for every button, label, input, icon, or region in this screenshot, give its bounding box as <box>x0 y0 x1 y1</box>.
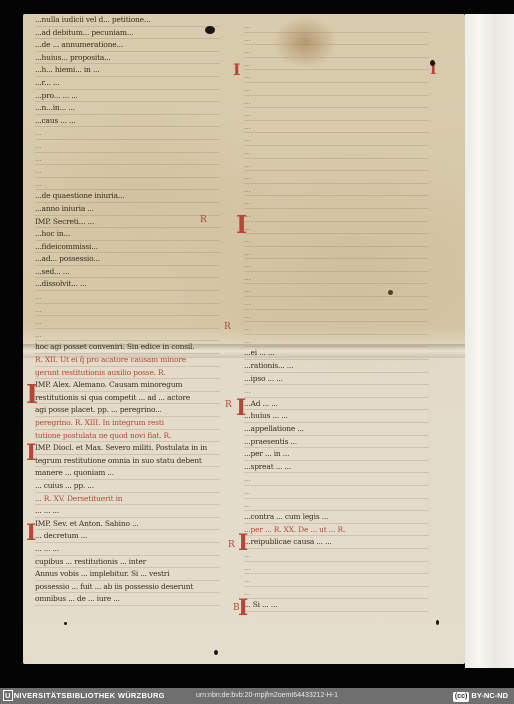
manuscript-line: ... <box>244 159 429 172</box>
manuscript-line: ...ad... possessio... <box>35 253 220 266</box>
text-column-right: ........................................… <box>244 20 429 612</box>
manuscript-line: ... <box>244 20 429 33</box>
manuscript-line: ...ipso ... ... <box>244 373 429 386</box>
manuscript-line: ... <box>244 335 429 348</box>
manuscript-line: ...praesentis ... <box>244 436 429 449</box>
rubric-initial: I <box>236 395 246 421</box>
manuscript-line: ... <box>244 234 429 247</box>
manuscript-line: ... R. XV. Dersetituerit in <box>35 493 220 506</box>
manuscript-line: ...per ... in ... <box>244 448 429 461</box>
ink-blot <box>388 290 393 295</box>
license-label: BY-NC-ND <box>471 691 508 700</box>
manuscript-line: ... <box>244 562 429 575</box>
manuscript-line: ... <box>35 178 220 191</box>
manuscript-line: ...pro... ... ... <box>35 90 220 103</box>
manuscript-line: IMP. Diocl. et Max. Severo militi. Postu… <box>35 442 220 455</box>
manuscript-line: ... <box>244 385 429 398</box>
manuscript-line: ... <box>35 140 220 153</box>
manuscript-line: ... <box>244 284 429 297</box>
manuscript-line: ...ad debitum... pecuniam... <box>35 27 220 40</box>
manuscript-line: ...Ad ... ... <box>244 398 429 411</box>
cc-icon: (cc) <box>453 692 469 702</box>
ink-blot <box>64 622 67 625</box>
ink-blot <box>436 620 439 625</box>
rubric-mark: R <box>228 540 235 550</box>
rubric-initial: I <box>26 520 36 546</box>
manuscript-line: ... <box>244 133 429 146</box>
manuscript-line: tegrum restitutione omnia in suo statu d… <box>35 455 220 468</box>
next-page-edge <box>465 14 514 668</box>
manuscript-line: ... <box>244 108 429 121</box>
manuscript-line: ... <box>244 171 429 184</box>
manuscript-line: ...reipublicae causa ... ... <box>244 536 429 549</box>
manuscript-line: Annus vobis ... implebitur. Si ... vestr… <box>35 568 220 581</box>
manuscript-line: R. XII. Ut ei q̄ pro acatore causam mino… <box>35 354 220 367</box>
manuscript-line: ... <box>244 574 429 587</box>
manuscript-line: ... <box>244 222 429 235</box>
rubric-mark: R <box>200 215 207 225</box>
rubric-mark: B <box>233 603 240 613</box>
manuscript-line: ... <box>244 473 429 486</box>
manuscript-line: ...de ... annumeratione... <box>35 39 220 52</box>
rubric-mark: R <box>225 400 232 410</box>
manuscript-line: ...ei ... ... <box>244 347 429 360</box>
ink-blot <box>430 60 435 66</box>
manuscript-line: ... <box>244 297 429 310</box>
manuscript-line: agi posse placet. pp. ... peregrino... <box>35 404 220 417</box>
manuscript-line: ... <box>35 304 220 317</box>
manuscript-line: ... <box>244 247 429 260</box>
rubric-initial: I <box>26 380 38 410</box>
manuscript-line: ...de quaestione iniuria... <box>35 190 220 203</box>
manuscript-line: gerunt restitutionis auxilio posse. R. <box>35 367 220 380</box>
manuscript-line: ... <box>244 209 429 222</box>
rubric-mark: R <box>224 322 231 332</box>
manuscript-line: ... <box>244 310 429 323</box>
manuscript-line: hoc agi posset conveniri. Sin edice in c… <box>35 341 220 354</box>
manuscript-line: ...per ... R. XX. De ... ut ... R. <box>244 524 429 537</box>
manuscript-line: ...contra ... cum legis ... <box>244 511 429 524</box>
license-badge[interactable]: (cc)BY-NC-ND <box>453 688 508 704</box>
manuscript-line: ...spreat ... ... <box>244 461 429 474</box>
manuscript-line: tutione postulata ne quod novi fiat. R. <box>35 430 220 443</box>
manuscript-line: ... <box>244 70 429 83</box>
ink-blot <box>205 26 215 34</box>
manuscript-line: ...n...in... ... <box>35 102 220 115</box>
manuscript-line: ... <box>35 316 220 329</box>
viewer-footer: UNIVERSITÄTSBIBLIOTHEK WÜRZBURG urn:nbn:… <box>0 688 514 704</box>
manuscript-line: ... <box>244 549 429 562</box>
manuscript-line: possessio ... fuit ... ab iis possessio … <box>35 581 220 594</box>
manuscript-line: ... <box>35 291 220 304</box>
manuscript-scan: ...nulla iudicii vel d... petitione.....… <box>0 0 514 688</box>
manuscript-line: ... <box>244 83 429 96</box>
institution-logo[interactable]: UNIVERSITÄTSBIBLIOTHEK WÜRZBURG <box>3 688 165 704</box>
logo-mark: U <box>3 690 13 701</box>
rubric-initial: I <box>238 530 248 556</box>
manuscript-line: IMP. Alex. Alemano. Causam minoregum <box>35 379 220 392</box>
manuscript-line: ...sed... ... <box>35 266 220 279</box>
rubric-initial: I <box>236 210 247 239</box>
manuscript-line: ...hoc in... <box>35 228 220 241</box>
manuscript-line: ... <box>244 499 429 512</box>
manuscript-line: ...dissolvit... ... <box>35 278 220 291</box>
manuscript-line: ...appellatione ... <box>244 423 429 436</box>
manuscript-line: ... Si ... ... <box>244 599 429 612</box>
rubric-initial: I <box>233 60 240 79</box>
manuscript-line: omnibus ... de ... iure ... <box>35 593 220 606</box>
manuscript-line: ... <box>244 58 429 71</box>
manuscript-line: ... <box>244 45 429 58</box>
manuscript-line: ... <box>35 329 220 342</box>
manuscript-line: ... <box>35 127 220 140</box>
manuscript-line: ... ... ... <box>35 543 220 556</box>
ink-blot <box>214 650 218 655</box>
manuscript-line: ... <box>244 272 429 285</box>
manuscript-line: peregrino. R. XIII. In integrum resti <box>35 417 220 430</box>
manuscript-line: restitutionis si qua competit ... ad ...… <box>35 392 220 405</box>
institution-name: NIVERSITÄTSBIBLIOTHEK WÜRZBURG <box>14 691 165 700</box>
urn-identifier: urn:nbn:de:bvb:20-mpjfm2oemt64433212-H-1 <box>196 688 338 704</box>
manuscript-line: ...huius ... ... <box>244 410 429 423</box>
manuscript-line: ... <box>244 587 429 600</box>
manuscript-line: ... <box>244 184 429 197</box>
manuscript-line: ... <box>35 165 220 178</box>
manuscript-line: cupibus ... restitutionis ... inter <box>35 556 220 569</box>
manuscript-line: ...rationis... ... <box>244 360 429 373</box>
manuscript-line: IMP. Secreti... ... <box>35 216 220 229</box>
manuscript-line: ... <box>244 196 429 209</box>
manuscript-line: ...fideicommissi... <box>35 241 220 254</box>
manuscript-line: ... <box>244 259 429 272</box>
manuscript-line: ... decretum ... <box>35 530 220 543</box>
manuscript-line: ... <box>244 96 429 109</box>
manuscript-line: ...r... ... <box>35 77 220 90</box>
manuscript-line: ... <box>244 33 429 46</box>
manuscript-line: ...anno iniuria ... <box>35 203 220 216</box>
manuscript-line: ...caus ... ... <box>35 115 220 128</box>
text-column-left: ...nulla iudicii vel d... petitione.....… <box>35 14 220 606</box>
manuscript-line: ... cuius ... pp. ... <box>35 480 220 493</box>
manuscript-line: ... <box>244 322 429 335</box>
manuscript-line: ... ... ... <box>35 505 220 518</box>
manuscript-line: ... <box>244 146 429 159</box>
rubric-initial: I <box>26 440 36 466</box>
manuscript-line: ...huius... proposita... <box>35 52 220 65</box>
manuscript-line: ...h... hiemi... in ... <box>35 64 220 77</box>
manuscript-line: IMP. Sev. et Anton. Sabino ... <box>35 518 220 531</box>
manuscript-line: ... <box>35 153 220 166</box>
manuscript-line: manere ... quoniam ... <box>35 467 220 480</box>
manuscript-line: ... <box>244 121 429 134</box>
manuscript-line: ... <box>244 486 429 499</box>
manuscript-line: ...nulla iudicii vel d... petitione... <box>35 14 220 27</box>
